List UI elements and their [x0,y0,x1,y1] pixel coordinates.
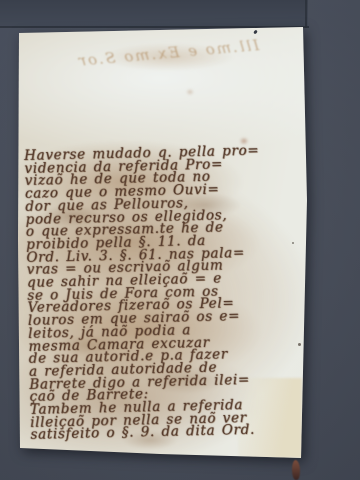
binding-smudge [292,460,300,480]
ink-speck [292,242,294,244]
manuscript-page: Ill.mo e Ex.mo S.or Haverse mudado q. pe… [0,0,360,480]
photo-backdrop: Ill.mo e Ex.mo S.or Haverse mudado q. pe… [0,0,360,480]
ink-speck [298,343,301,346]
manuscript-page-wrapper: Ill.mo e Ex.mo S.or Haverse mudado q. pe… [0,0,360,480]
manuscript-text-block: Haverse mudado q. pella pro= videncia da… [24,145,273,443]
